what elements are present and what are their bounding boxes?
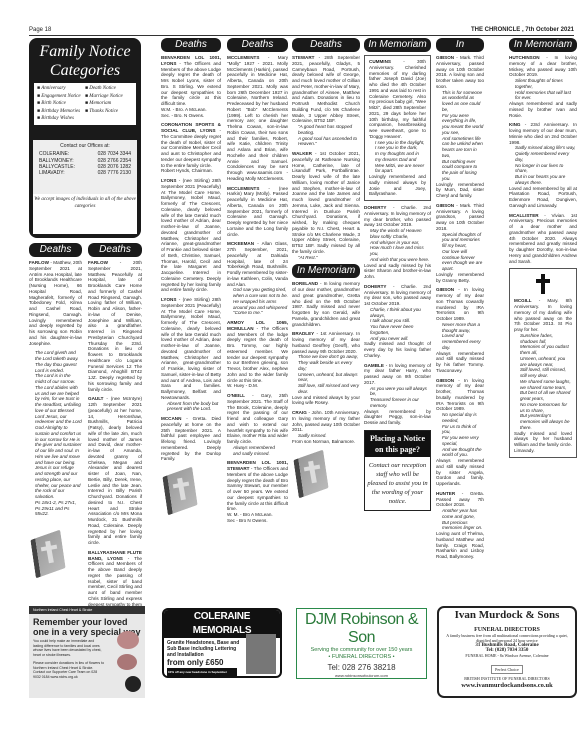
category-item: ■ Birthday Memories [37, 108, 85, 116]
notice-benvarden-lyons: BENVARDEN LOL 1001, LYONS - The Officers… [161, 55, 221, 118]
cross-icon [536, 274, 550, 294]
nichs-advert[interactable]: Northern Ireland Chest Heart & Stroke Re… [29, 606, 145, 698]
section-banner: In Memoriam [292, 264, 360, 278]
paper-title: THE CHRONICLE , 7th October 2021 [471, 27, 574, 33]
category-item: ■ Birthday Wishes [37, 115, 85, 123]
notice-gibson-3: GIBSON - In loving memory of my dear son… [436, 287, 484, 373]
notice-gibson-4: GIBSON - In loving memory of my dear bro… [436, 378, 484, 487]
column-2: Deaths FARLOW - 20th September 2021, Mat… [88, 243, 142, 634]
notice-bradley: BRADLEY - 1st Anniversary. In loving mem… [292, 331, 360, 406]
notice-mcgill: MCGILL - Mary. 8th Anniversary. In lovin… [509, 268, 577, 457]
nichs-logo [125, 676, 141, 692]
column-8: In Memoriam HUTCHINSON - In loving memor… [509, 38, 577, 458]
bible-icon [161, 466, 203, 516]
column-5: Deaths STEWART - 28th September 2021, pe… [292, 38, 360, 499]
notice-gault: GAULT - (nee McIntyre) 12th September 20… [88, 396, 142, 546]
section-banner: Deaths [292, 38, 360, 52]
bible-icon [29, 529, 71, 579]
flower-icon [117, 631, 139, 649]
categories-title: Family Notice Categories [29, 38, 141, 80]
section-banner: Deaths [227, 38, 288, 52]
notice-benvarden-stewart: BENVARDEN LOL 1001, STEWART - The Office… [227, 460, 288, 523]
notice-king: KING - 23rd Anniversary. In loving memor… [509, 122, 577, 208]
notice-farlow-1: FARLOW - Matthew, 20th September 2021 at… [29, 260, 82, 346]
accept-images-note: We accept images of individuals in all o… [33, 194, 137, 234]
notice-farlow-2: FARLOW - 20th September 2021, Matthew. P… [88, 260, 142, 392]
category-item: ■ Anniversary [37, 85, 85, 93]
notice-craig: CRAIG - John. 10th Anniversary. In lovin… [292, 410, 360, 445]
column-4: Deaths MCCLEMENTS - Mary "Molly" 1927 - … [227, 38, 288, 528]
office-row: LIMAVADY:028 7776 2130 [39, 170, 131, 176]
section-banner: Deaths [161, 38, 221, 52]
notice-lyons-1: LYONS - (nee Stirling) 28th September 20… [161, 178, 221, 293]
notice-doherty-2: DOHERTY - Charlie. 2nd Anniversary. In l… [364, 284, 431, 359]
contact-offices: Contact our Offices at: COLERAINE:028 70… [33, 140, 137, 194]
djm-robinson-advert[interactable]: DJM Robinson & Son Serving the community… [296, 608, 427, 679]
category-item: ■ Thanks Notice [85, 108, 133, 116]
notice-mcclements-2: MCCLEMENTS - (nee Harkin) Mary (Molly). … [227, 186, 288, 238]
page-number: Page 18 [29, 27, 51, 33]
notice-coronation: CORONATION SPORTS & SOCIAL CLUB, LYONS -… [161, 122, 221, 174]
categories-list: ■ Anniversary ■ Death Notice ■ Engagemen… [34, 83, 136, 125]
category-item: ■ Marriage Notice [85, 93, 133, 101]
notice-hutchinson: HUTCHINSON - In loving memory of a dear … [509, 55, 577, 118]
notice-mccann: MCCANN - Gretta. Died peacefully at home… [161, 416, 221, 462]
section-banner: In Memoriam [436, 38, 484, 52]
section-banner: Deaths [88, 243, 142, 257]
column-6: In Memoriam CUMMINS - 30th Anniversary. … [364, 38, 431, 511]
notice-oneill: O'NEILL - Gary, 25th September 2021. The… [227, 393, 288, 456]
notice-stewart: STEWART - 28th September 2021, peacefull… [292, 55, 360, 147]
column-3: Deaths BENVARDEN LOL 1001, LYONS - The O… [161, 38, 221, 516]
flower-icon [117, 654, 137, 670]
notice-mcallister: MCALLISTER - Vivian. 1st Anniversary. Pr… [509, 213, 577, 265]
category-item: ■ Engagement Notice [37, 93, 85, 101]
notice-doherty-1: DOHERTY - Charlie. 2nd Anniversary. In l… [364, 205, 431, 280]
notice-boreland: BORELAND - In loving memory of our dear … [292, 281, 360, 327]
ivan-murdock-advert[interactable]: Ivan Murdock & Sons FUNERAL DIRECTORS A … [437, 606, 577, 698]
notice-hunter: HUNTER - Gretta. Passed away 7th October… [436, 491, 484, 560]
category-item: ■ Death Notice [85, 85, 133, 93]
coleraine-memorials-advert[interactable]: COLERAINE MEMORIALS Granite Headstones, … [162, 608, 282, 678]
notice-lyons-2: LYONS - (nee Stirling) 28th September 20… [161, 297, 221, 412]
bible-icon [292, 449, 334, 499]
notice-mckeeman: MCKEEMAN - Allan Glass, 27th September, … [227, 241, 288, 316]
section-banner: Deaths [29, 243, 82, 257]
notice-gibson-2: GIBSON - Mark. Third Anniversary. A lovi… [436, 203, 484, 284]
section-banner: In Memoriam [509, 38, 577, 52]
category-item: ■ Memoriam [85, 100, 133, 108]
header-rule [29, 35, 574, 36]
notice-cummins: CUMMINS - 30th Anniversary. Cherished me… [364, 55, 431, 201]
column-1: Deaths FARLOW - Matthew, 20th September … [29, 243, 82, 579]
headstone-image [246, 634, 276, 674]
notice-gibson-1: GIBSON - Mark. Third Anniversary, passed… [436, 55, 484, 199]
section-banner: In Memoriam [364, 38, 431, 52]
placing-notice-box: Placing a Notice on this page? Contact o… [364, 430, 431, 511]
notice-gamble: GAMBLE - In loving memory of my dear fat… [364, 363, 431, 426]
category-item: ■ Birth Notice [37, 100, 85, 108]
notice-walker: WALKER - 1st October 2021, peacefully at… [292, 151, 360, 260]
notice-mcclements-1: MCCLEMENTS - Mary "Molly" 1927 - 2021. M… [227, 55, 288, 182]
notice-armoy: ARMOY LOL 1065, MCMULLAN - The Officers … [227, 320, 288, 389]
